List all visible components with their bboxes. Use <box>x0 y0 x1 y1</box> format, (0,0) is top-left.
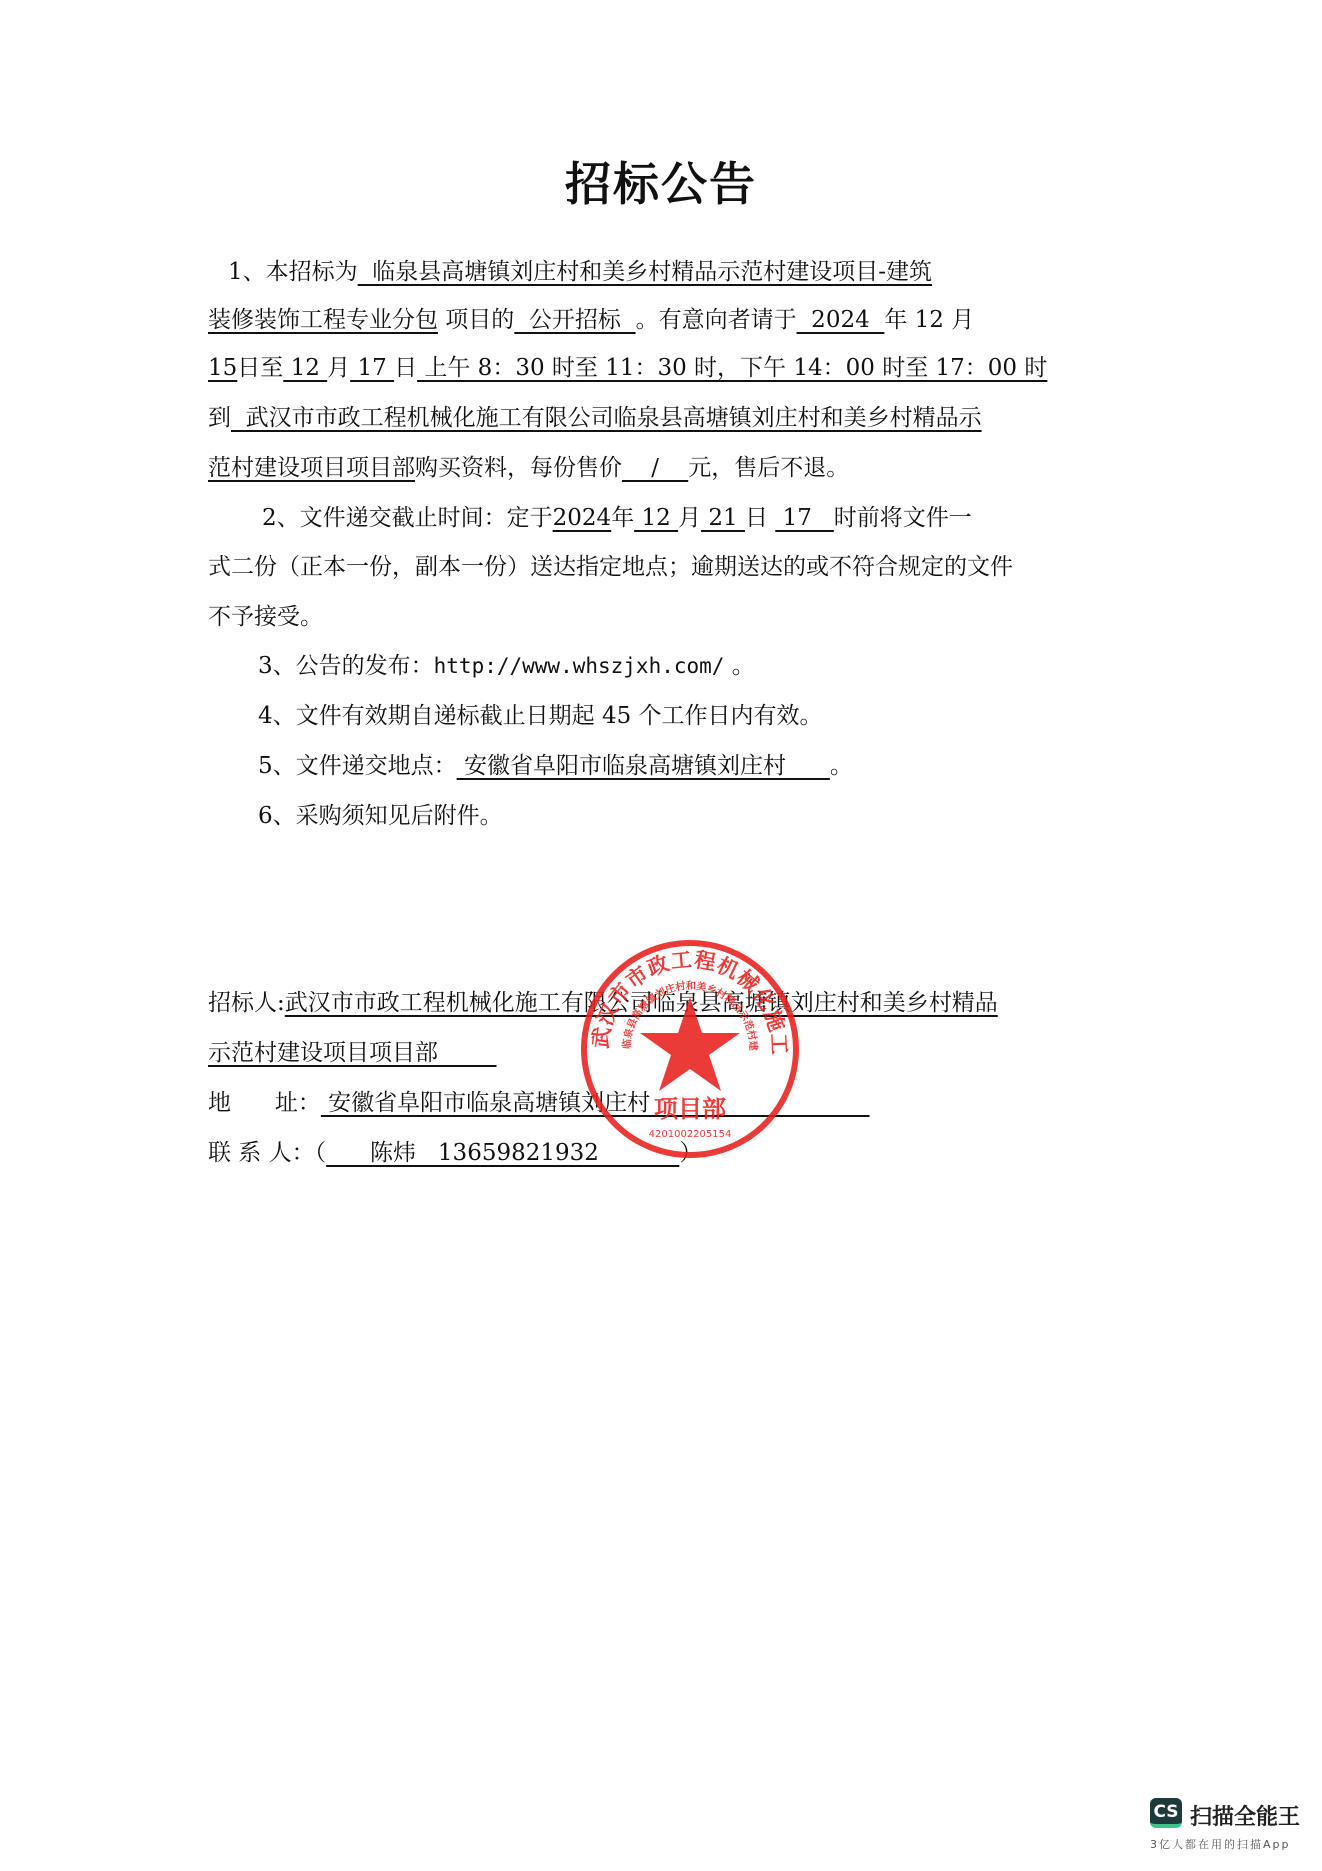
end-day: 17 <box>350 355 394 381</box>
bidder-name-part2: 示范村建设项目项目部 <box>208 1040 497 1066</box>
purchase-location-part2: 范村建设项目项目部 <box>208 455 415 481</box>
item6: 6、采购须知见后附件。 <box>258 800 1158 832</box>
text: 。 <box>830 753 853 779</box>
watermark-tagline: 3亿人都在用的扫描App <box>1150 1836 1291 1852</box>
text: 日 <box>745 505 768 531</box>
text: 3、公告的发布： <box>258 653 434 679</box>
company-seal: 武汉市市政工程机械化施工有限公司 临泉县高塘镇刘庄村和美乡村精品示范村建设项目 … <box>578 937 802 1161</box>
text: 年 <box>611 505 634 531</box>
purchase-location-part1: 武汉市市政工程机械化施工有限公司临泉县高塘镇刘庄村和美乡村精品示 <box>231 405 982 431</box>
item1-line2: 装修装饰工程专业分包 项目的 公开招标 。有意向者请于 2024 年 12 月 <box>208 304 1108 336</box>
scanner-watermark: CS 扫描全能王 3亿人都在用的扫描App <box>1150 1798 1320 1858</box>
camscanner-logo-icon: CS <box>1150 1798 1182 1828</box>
start-year: 2024 <box>797 307 885 333</box>
deadline-month: 12 <box>634 505 678 531</box>
deadline-year: 2024 <box>553 505 612 531</box>
svg-text:4201002205154: 4201002205154 <box>649 1129 732 1140</box>
text: 。 <box>724 653 754 679</box>
address-label: 地 址： <box>208 1090 321 1116</box>
deadline-hour: 17 <box>775 505 834 531</box>
item1-line5: 范村建设项目项目部购买资料，每份售价 / 元，售后不退。 <box>208 452 1108 484</box>
item1-line1: 1、本招标为 临泉县高塘镇刘庄村和美乡村精品示范村建设项目-建筑 <box>228 256 1128 288</box>
svg-text:项目部: 项目部 <box>654 1095 726 1123</box>
item1-prefix: 1、本招标为 <box>228 259 358 285</box>
text: 时前将文件一 <box>834 505 972 531</box>
bidder-label: 招标人: <box>208 990 285 1016</box>
sale-hours: 上午 8：30 时至 11：30 时，下午 14：00 时至 17：00 时 <box>417 355 1047 381</box>
item1-line3: 15日至 12 月 17 日 上午 8：30 时至 11：30 时，下午 14：… <box>208 352 1108 384</box>
bid-method: 公开招标 <box>514 307 635 333</box>
text: 月 <box>678 505 701 531</box>
end-month: 12 <box>283 355 327 381</box>
text: 年 12 月 <box>884 307 974 333</box>
text: 到 <box>208 405 231 431</box>
price: / <box>622 455 688 481</box>
text: 2、文件递交截止时间：定于 <box>262 505 553 531</box>
item2-line1: 2、文件递交截止时间：定于2024年 12 月 21 日 17 时前将文件一 <box>262 502 1162 534</box>
deadline-day: 21 <box>701 505 745 531</box>
start-day: 15 <box>208 355 237 381</box>
contact-label: 联 系 人：（ <box>208 1140 326 1166</box>
item3: 3、公告的发布：http://www.whszjxh.com/ 。 <box>258 650 1158 682</box>
text: 。有意向者请于 <box>636 307 797 333</box>
text: 元，售后不退。 <box>688 455 849 481</box>
text: 日 <box>394 355 417 381</box>
text: 项目的 <box>438 307 514 333</box>
document-title: 招标公告 <box>0 148 1322 214</box>
project-name-part2: 装修装饰工程专业分包 <box>208 307 438 333</box>
project-name-part1: 临泉县高塘镇刘庄村和美乡村精品示范村建设项目-建筑 <box>358 259 932 285</box>
text: 5、文件递交地点： <box>258 753 457 779</box>
item5: 5、文件递交地点： 安徽省阜阳市临泉高塘镇刘庄村 。 <box>258 750 1158 782</box>
text: 购买资料，每份售价 <box>415 455 622 481</box>
publish-url[interactable]: http://www.whszjxh.com/ <box>434 654 725 678</box>
text: 月 <box>327 355 350 381</box>
item1-line4: 到 武汉市市政工程机械化施工有限公司临泉县高塘镇刘庄村和美乡村精品示 <box>208 402 1108 434</box>
seal-icon: 武汉市市政工程机械化施工有限公司 临泉县高塘镇刘庄村和美乡村精品示范村建设项目 … <box>578 937 802 1161</box>
item4: 4、文件有效期自递标截止日期起 45 个工作日内有效。 <box>258 700 1158 732</box>
item2-line3: 不予接受。 <box>208 601 1108 633</box>
text: 日至 <box>237 355 283 381</box>
watermark-app-name: 扫描全能王 <box>1190 1800 1300 1831</box>
delivery-location: 安徽省阜阳市临泉高塘镇刘庄村 <box>457 753 830 779</box>
item2-line2: 式二份（正本一份，副本一份）送达指定地点；逾期送达的或不符合规定的文件 <box>208 551 1108 583</box>
